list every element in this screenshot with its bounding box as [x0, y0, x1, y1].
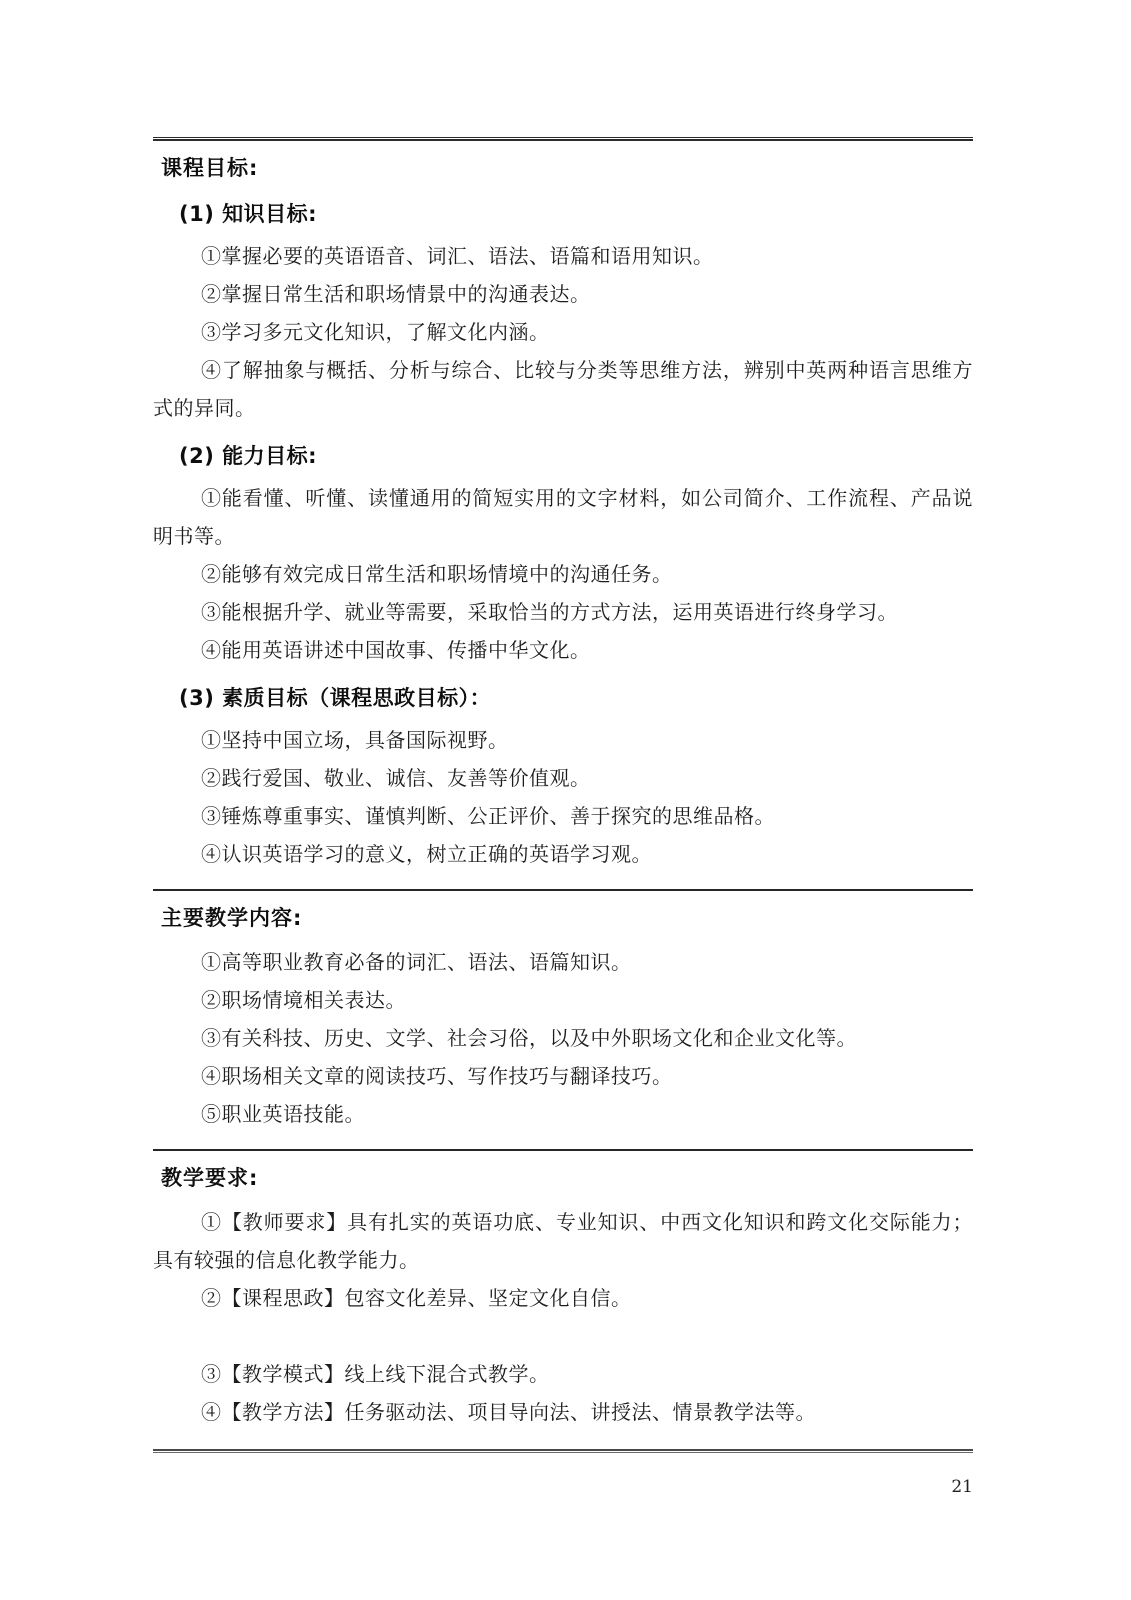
subheading-quality-objectives: (3) 素质目标（课程思政目标）： — [179, 681, 973, 715]
list-item: ②职场情境相关表达。 — [153, 981, 973, 1019]
list-item: ②掌握日常生活和职场情景中的沟通表达。 — [153, 275, 973, 313]
section-divider — [153, 889, 973, 891]
section-title-course-objectives: 课程目标: — [161, 151, 973, 185]
list-item: ①坚持中国立场，具备国际视野。 — [153, 721, 973, 759]
subheading-ability-objectives: (2) 能力目标: — [179, 439, 973, 473]
list-item: ③有关科技、历史、文学、社会习俗，以及中外职场文化和企业文化等。 — [153, 1019, 973, 1057]
top-double-rule — [153, 137, 973, 141]
list-item: ①【教师要求】具有扎实的英语功底、专业知识、中西文化知识和跨文化交际能力；具有较… — [153, 1203, 973, 1279]
list-item: ③学习多元文化知识，了解文化内涵。 — [153, 313, 973, 351]
list-item: ⑤职业英语技能。 — [153, 1095, 973, 1133]
page-number: 21 — [951, 1476, 973, 1498]
list-item: ①高等职业教育必备的词汇、语法、语篇知识。 — [153, 943, 973, 981]
section-title-teaching-requirements: 教学要求: — [161, 1161, 973, 1195]
list-item: ①掌握必要的英语语音、词汇、语法、语篇和语用知识。 — [153, 237, 973, 275]
page-content: 课程目标: (1) 知识目标: ①掌握必要的英语语音、词汇、语法、语篇和语用知识… — [153, 137, 973, 1453]
list-item: ③能根据升学、就业等需要，采取恰当的方式方法，运用英语进行终身学习。 — [153, 593, 973, 631]
list-item: ④职场相关文章的阅读技巧、写作技巧与翻译技巧。 — [153, 1057, 973, 1095]
list-item: ④【教学方法】任务驱动法、项目导向法、讲授法、情景教学法等。 — [153, 1393, 973, 1431]
list-item: ②践行爱国、敬业、诚信、友善等价值观。 — [153, 759, 973, 797]
list-item: ②【课程思政】包容文化差异、坚定文化自信。 — [153, 1279, 973, 1317]
subheading-knowledge-objectives: (1) 知识目标: — [179, 197, 973, 231]
list-item: ①能看懂、听懂、读懂通用的简短实用的文字材料，如公司简介、工作流程、产品说明书等… — [153, 479, 973, 555]
section-divider — [153, 1149, 973, 1151]
bottom-double-rule — [153, 1449, 973, 1453]
list-item: ④了解抽象与概括、分析与综合、比较与分类等思维方法，辨别中英两种语言思维方式的异… — [153, 351, 973, 427]
section-title-teaching-content: 主要教学内容: — [161, 901, 973, 935]
list-item: ③【教学模式】线上线下混合式教学。 — [153, 1355, 973, 1393]
list-item: ②能够有效完成日常生活和职场情境中的沟通任务。 — [153, 555, 973, 593]
list-item: ③锤炼尊重事实、谨慎判断、公正评价、善于探究的思维品格。 — [153, 797, 973, 835]
list-item: ④认识英语学习的意义，树立正确的英语学习观。 — [153, 835, 973, 873]
document-page: 课程目标: (1) 知识目标: ①掌握必要的英语语音、词汇、语法、语篇和语用知识… — [0, 0, 1131, 1600]
list-item: ④能用英语讲述中国故事、传播中华文化。 — [153, 631, 973, 669]
